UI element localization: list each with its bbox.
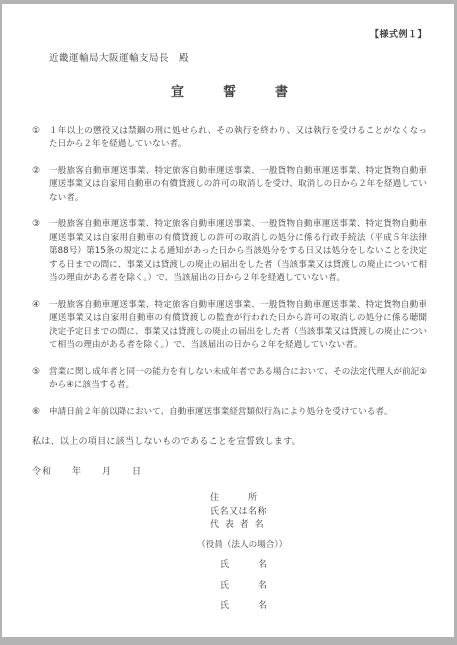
officers-heading: （役員（法人の場合））	[197, 539, 427, 552]
item-number: ①	[32, 125, 49, 152]
oath-item-5: ⑤ 営業に関し成年者と同一の能力を有しない未成年者である場合において、その法定代…	[32, 366, 427, 393]
item-number: ④	[32, 299, 49, 353]
item-text: 一般旅客自動車運送事業、特定旅客自動車運送事業、一般貨物自動車運送事業、特定貨物…	[49, 299, 427, 353]
address-label: 住 所	[210, 492, 427, 505]
officer-name-line-3: 氏 名	[220, 600, 427, 613]
oath-item-1: ① １年以上の懲役又は禁錮の刑に処せられ、その執行を終わり、又は執行を受けること…	[32, 125, 427, 152]
oath-item-2: ② 一般旅客自動車運送事業、特定旅客自動車運送事業、一般貨物自動車運送事業、特定…	[32, 165, 427, 206]
format-label: 【様式例１】	[32, 29, 427, 43]
item-text: 営業に関し成年者と同一の能力を有しない未成年者である場合において、その法定代理人…	[49, 366, 427, 393]
oath-item-6: ⑥ 申請日前２年前以降において、自動車運送事業経営類似行為により処分を受けている…	[32, 406, 427, 420]
officer-name-line-1: 氏 名	[220, 559, 427, 572]
item-number: ⑥	[32, 406, 49, 420]
document-page: 【様式例１】 近畿運輸局大阪運輸支局長 殿 宣 誓 書 ① １年以上の懲役又は禁…	[2, 4, 454, 637]
declaration-line: 私は、以上の項目に該当しないものであることを宣誓致します。	[32, 436, 427, 450]
item-number: ③	[32, 218, 49, 286]
document-title: 宣 誓 書	[32, 86, 427, 100]
oath-item-4: ④ 一般旅客自動車運送事業、特定旅客自動車運送事業、一般貨物自動車運送事業、特定…	[32, 299, 427, 353]
oath-item-3: ③ 一般旅客自動車運送事業、特定旅客自動車運送事業、一般貨物自動車運送事業、特定…	[32, 218, 427, 286]
signature-block: 住 所 氏名又は名称 代 表 者 名 （役員（法人の場合）） 氏 名 氏 名 氏…	[210, 492, 427, 613]
item-text: 一般旅客自動車運送事業、特定旅客自動車運送事業、一般貨物自動車運送事業、特定貨物…	[49, 165, 427, 206]
item-text: 一般旅客自動車運送事業、特定旅客自動車運送事業、一般貨物自動車運送事業、特定貨物…	[49, 218, 427, 286]
date-line: 令和 年 月 日	[32, 466, 427, 480]
document-content: 【様式例１】 近畿運輸局大阪運輸支局長 殿 宣 誓 書 ① １年以上の懲役又は禁…	[2, 4, 454, 613]
oath-item-list: ① １年以上の懲役又は禁錮の刑に処せられ、その執行を終わり、又は執行を受けること…	[32, 125, 427, 420]
item-text: 申請日前２年前以降において、自動車運送事業経営類似行為により処分を受けている者。	[49, 406, 427, 420]
name-or-title-label: 氏名又は名称	[210, 506, 427, 519]
officer-name-line-2: 氏 名	[220, 580, 427, 593]
item-number: ⑤	[32, 366, 49, 393]
item-number: ②	[32, 165, 49, 206]
item-text: １年以上の懲役又は禁錮の刑に処せられ、その執行を終わり、又は執行を受けることがな…	[49, 125, 427, 152]
viewer-background: { "colors": { "frame": "#b3b3b3", "page_…	[0, 0, 457, 645]
representative-name-label: 代 表 者 名	[210, 519, 427, 532]
addressee-line: 近畿運輸局大阪運輸支局長 殿	[49, 52, 427, 66]
